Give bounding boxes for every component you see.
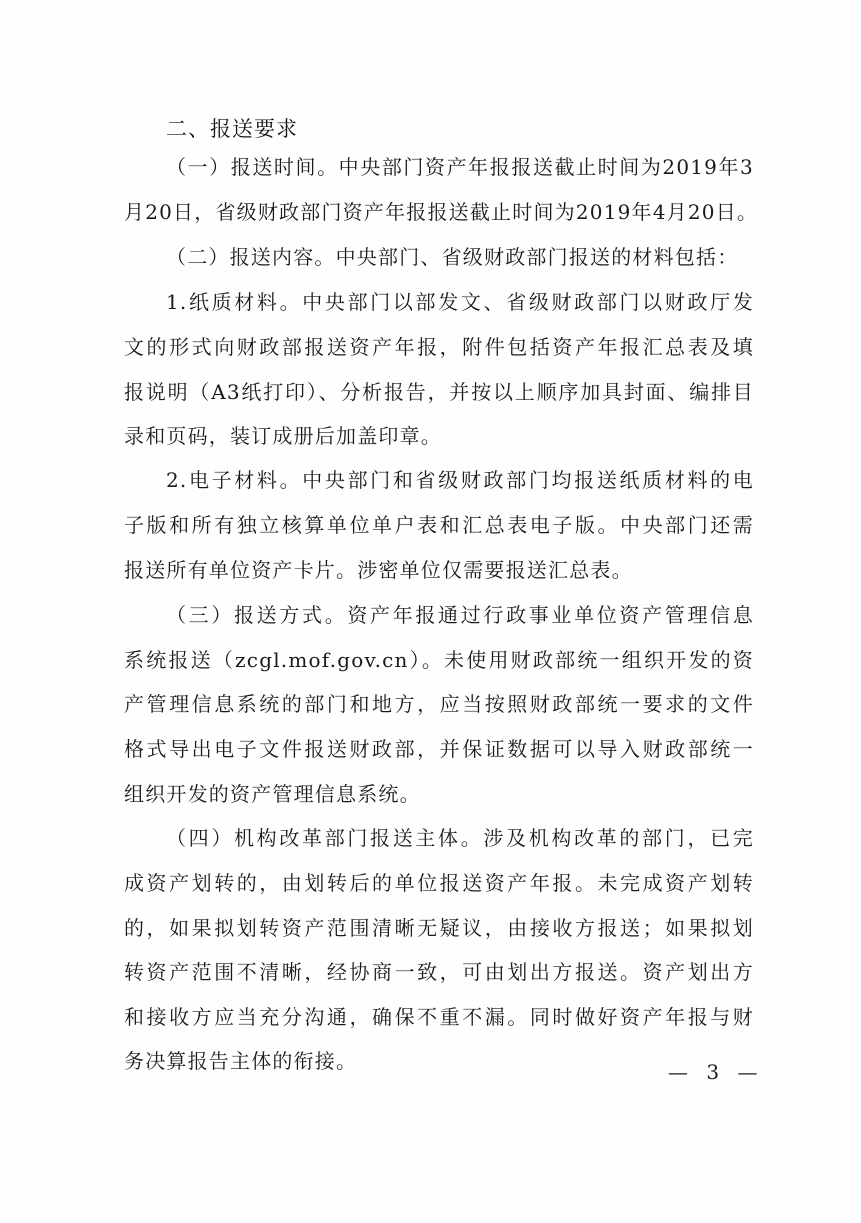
paragraph-line: 格式导出电子文件报送财政部，并保证数据可以导入财政部统一	[124, 734, 754, 764]
paragraph-line: 产管理信息系统的部门和地方，应当按照财政部统一要求的文件	[124, 689, 754, 719]
paragraph-line: （四）机构改革部门报送主体。涉及机构改革的部门，已完	[166, 823, 754, 853]
paragraph-line: 2.电子材料。中央部门和省级财政部门均报送纸质材料的电	[166, 465, 754, 495]
paragraph-line: 1.纸质材料。中央部门以部发文、省级财政部门以财政厅发	[166, 287, 754, 317]
paragraph-line: 文的形式向财政部报送资产年报，附件包括资产年报汇总表及填	[124, 332, 754, 362]
document-page: 二、报送要求 （一）报送时间。中央部门资产年报报送截止时间为2019年3 月20…	[0, 0, 861, 1223]
paragraph-line: 的，如果拟划转资产范围清晰无疑议，由接收方报送；如果拟划	[124, 913, 754, 943]
paragraph-line: 子版和所有独立核算单位单户表和汇总表电子版。中央部门还需	[124, 510, 754, 540]
section-heading: 二、报送要求	[166, 113, 298, 143]
paragraph-line: 录和页码，装订成册后加盖印章。	[124, 421, 754, 451]
paragraph-line: （二）报送内容。中央部门、省级财政部门报送的材料包括：	[166, 242, 754, 272]
paragraph-line: 组织开发的资产管理信息系统。	[124, 779, 754, 809]
page-number: — 3 —	[668, 1060, 763, 1084]
paragraph-line: 务决算报告主体的衔接。	[124, 1046, 754, 1076]
paragraph-line: 报说明（A3纸打印）、分析报告，并按以上顺序加具封面、编排目	[124, 377, 754, 407]
paragraph-line: 报送所有单位资产卡片。涉密单位仅需要报送汇总表。	[124, 555, 754, 585]
paragraph-line: 月20日，省级财政部门资产年报报送截止时间为2019年4月20日。	[124, 197, 754, 227]
paragraph-line: （一）报送时间。中央部门资产年报报送截止时间为2019年3	[166, 152, 754, 182]
paragraph-line: 系统报送（zcgl.mof.gov.cn）。未使用财政部统一组织开发的资	[124, 645, 754, 675]
paragraph-line: 转资产范围不清晰，经协商一致，可由划出方报送。资产划出方	[124, 957, 754, 987]
paragraph-line: 成资产划转的，由划转后的单位报送资产年报。未完成资产划转	[124, 868, 754, 898]
paragraph-line: 和接收方应当充分沟通，确保不重不漏。同时做好资产年报与财	[124, 1002, 754, 1032]
paragraph-line: （三）报送方式。资产年报通过行政事业单位资产管理信息	[166, 600, 754, 630]
